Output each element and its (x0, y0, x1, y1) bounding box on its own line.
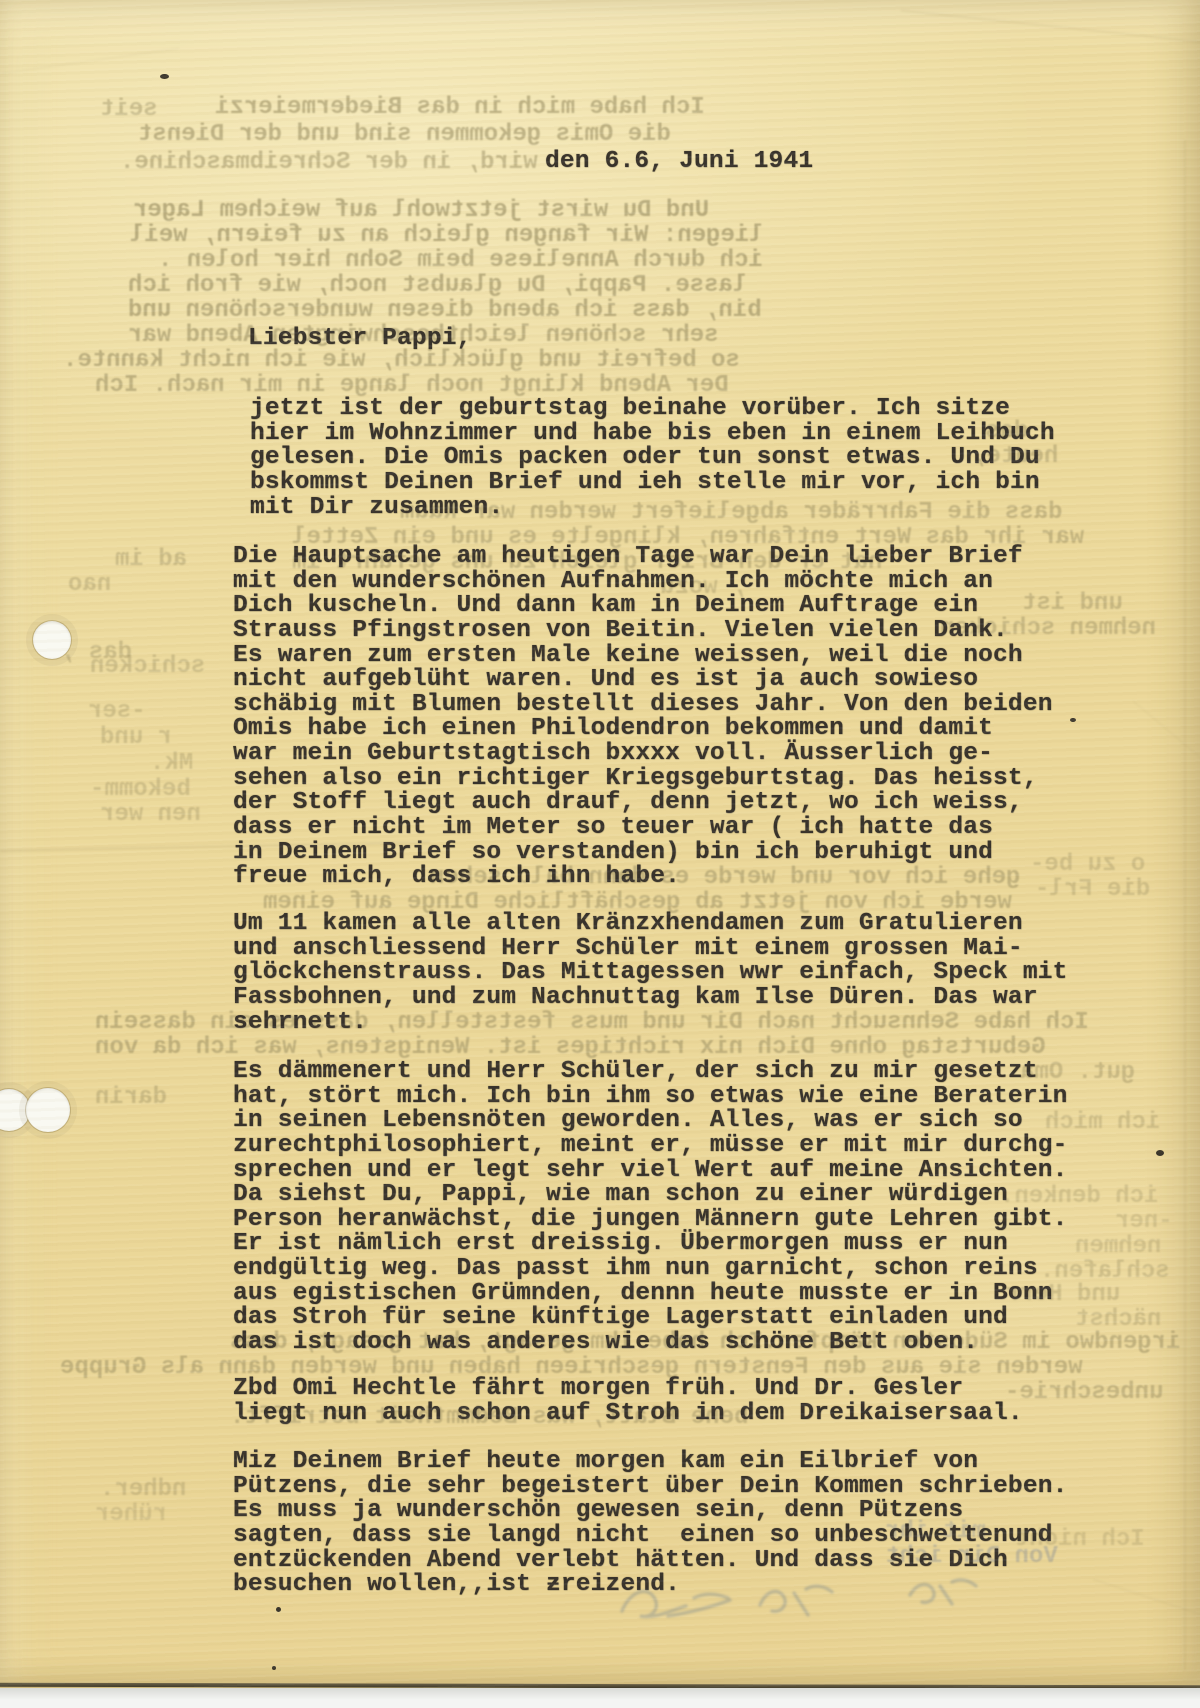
bleedthrough-line: so befreit und glücklich, wie ich nicht … (63, 349, 740, 373)
date-line: den 6.6, Juni 1941 (545, 150, 813, 175)
crease-top-right-diagonal (901, 9, 1200, 44)
paper-speck (1070, 718, 1076, 722)
crease-mid-right-diagonal (1132, 700, 1200, 772)
letter-line: liegt nun auch schon auf Stroh in dem Dr… (233, 1402, 1023, 1427)
bleedthrough-line: nehmen (1075, 1235, 1161, 1259)
letter-line: Es waren zum ersten Male keine weissen, … (233, 644, 1053, 669)
letter-line: das Stroh für seine künftige Lagerstatt … (233, 1306, 1068, 1331)
letter-line: sprechen und er legt sehr viel Wert auf … (233, 1159, 1068, 1184)
bleedthrough-line: r und (100, 726, 172, 750)
letter-line: in seinen Lebensnöten geworden. Alles, w… (233, 1109, 1068, 1134)
bleedthrough-line: bin, dass ich abend diesen wunderschönen… (128, 299, 762, 323)
bleedthrough-line: ndher. (100, 1478, 186, 1502)
letter-line: Person heranwächst, die jungen Männern g… (233, 1208, 1068, 1233)
letter-line: Omis habe ich einen Philodendron bekomme… (233, 717, 1053, 742)
paper-speck (276, 1607, 281, 1612)
bleedthrough-line: nen wer (100, 803, 201, 827)
letter-line: mit Dir zusammen. (250, 496, 1055, 521)
letter-line: Dich kuscheln. Und dann kam in Deinem Au… (233, 594, 1053, 619)
letter-line: hat, stört mich. Ich bin ihm so etwas wi… (233, 1085, 1068, 1110)
bleedthrough-line: darin (95, 1086, 167, 1110)
letter-line: und anschliessend Herr Schüler mit einem… (233, 937, 1068, 962)
bleedthrough-line: bekomm- (90, 778, 191, 802)
scanner-background (0, 1688, 1200, 1708)
letter-line: der Stoff liegt auch drauf, denn jetzt, … (233, 791, 1053, 816)
paper-speck (160, 74, 169, 79)
letter-line: Es muss ja wunderschön gewesen sein, den… (233, 1499, 1068, 1524)
letter-line: glöckchenstrauss. Das Mittagessen wwr ei… (233, 961, 1068, 986)
letter-line: hier im Wohnzimmer und habe bis eben in … (250, 422, 1055, 447)
letter-line: Miz Deinem Brief heute morgen kam ein Ei… (233, 1450, 1068, 1475)
letter-line: sehrnett. (233, 1011, 1068, 1036)
letter-line: endgültig weg. Das passt ihm nun garnich… (233, 1257, 1068, 1282)
bleedthrough-line: ad im (115, 548, 187, 572)
punch-hole (26, 1088, 70, 1132)
letter-line: zurechtphilosophiert, meint er, müsse er… (233, 1134, 1068, 1159)
paper-speck (272, 1666, 276, 1670)
letter-paragraph: Um 11 kamen alle alten Kränzxhendamen zu… (233, 912, 1068, 1035)
letter-line: Zbd Omi Hechtle fährt morgen früh. Und D… (233, 1377, 1023, 1402)
letter-line: nicht aufgeblüht waren. Und es ist ja au… (233, 668, 1053, 693)
letter-line: Er ist nämlich erst dreissig. Übermorgen… (233, 1232, 1068, 1257)
bleedthrough-line: -ser (88, 700, 146, 724)
letter-line: war mein Geburtstagtisch bxxxx voll. Äus… (233, 742, 1053, 767)
letter-line: in Deinem Brief so verstanden) bin ich b… (233, 841, 1053, 866)
letter-line: Es dämmenert und Herr Schüler, der sich … (233, 1060, 1068, 1085)
letter-line: sehen also ein richtiger Kriegsgeburtsta… (233, 767, 1053, 792)
bleedthrough-line: Mk. (150, 752, 193, 776)
letter-line: Da siehst Du, Pappi, wie man schon zu ei… (233, 1183, 1068, 1208)
letter-line: dass er nicht im Meter so teuer war ( ic… (233, 816, 1053, 841)
bleedthrough-line: seit (100, 98, 158, 122)
bleedthrough-line: lasse. Pappi, Du glaubst noch, wie froh … (128, 274, 747, 298)
letter-line: sagten, dass sie langd nicht einen so un… (233, 1524, 1068, 1549)
letter-line: jetzt ist der geburtstag beinahe vorüber… (250, 397, 1055, 422)
letter-line: Die Hauptsache am heutigen Tage war Dein… (233, 545, 1053, 570)
bleedthrough-line: Ich habe mich in das Biedermeierzi (215, 96, 705, 120)
paper-speck (1156, 1150, 1164, 1156)
bleedthrough-line: schicken (90, 655, 205, 679)
letter-line: aus egistischen Grümnden, dennn heute mu… (233, 1282, 1068, 1307)
handwritten-signature-bleedthrough (600, 1565, 1010, 1640)
salutation: Liebster Pappi, (248, 327, 472, 352)
bleedthrough-line: nao (68, 573, 111, 597)
bleedthrough-line: wird, in der Schreibmaschine. (120, 151, 538, 175)
letter-line: schäbig mit Blumen bestellt dieses Jahr.… (233, 693, 1053, 718)
letter-paragraph: jetzt ist der geburtstag beinahe vorüber… (250, 397, 1055, 520)
crease-top-left-diagonal (1, 47, 180, 74)
bleedthrough-line: Und Du wirst jetztwohl auf weichem Lager (133, 199, 709, 223)
letter-line: Fassbohnen, und zum Nachnuttag kam Ilse … (233, 986, 1068, 1011)
letter-line: bskommst Deinen Brief und ieh stelle mir… (250, 471, 1055, 496)
crease-right-vertical (1183, 140, 1186, 1670)
letter-line: das ist doch was anderes wie das schöne … (233, 1331, 1068, 1356)
letter-paragraph: Die Hauptsache am heutigen Tage war Dein… (233, 545, 1053, 890)
bleedthrough-line: Geburtstag ohne Dich nix richtiges ist. … (95, 1036, 1046, 1060)
bleedthrough-line: rüher (95, 1503, 167, 1527)
letter-line: mit den wunderschönen Aufnahmen. Ich möc… (233, 570, 1053, 595)
bleedthrough-line: liegen: Wir fangen gleich an zu feiern, … (130, 224, 764, 248)
letter-line: Pützens, die sehr begeistert über Dein K… (233, 1475, 1068, 1500)
letter-paragraph: Es dämmenert und Herr Schüler, der sich … (233, 1060, 1068, 1356)
bleedthrough-line: unbeschrie- (1005, 1381, 1163, 1405)
letter-page: seitIch habe mich in das Biedermeierzidi… (0, 0, 1200, 1688)
punch-hole (33, 621, 71, 659)
crease-bottom-right-diagonal (1093, 1578, 1200, 1623)
letter-paragraph: Zbd Omi Hechtle fährt morgen früh. Und D… (233, 1377, 1023, 1426)
letter-line: freue mich, dass ich ihn habe. (233, 865, 1053, 890)
bleedthrough-line: die Omis gekommen sind und der Dienst (138, 123, 671, 147)
bleedthrough-line: -ner (1115, 1210, 1173, 1234)
bleedthrough-line: ich durch Anneliese beim Sohn hier holen… (158, 249, 763, 273)
letter-line: gelesen. Die Omis packen oder tun sonst … (250, 446, 1055, 471)
letter-line: Strauss Pfingstrosen von Beitin. Vielen … (233, 619, 1053, 644)
letter-line: Um 11 kamen alle alten Kränzxhendamen zu… (233, 912, 1068, 937)
